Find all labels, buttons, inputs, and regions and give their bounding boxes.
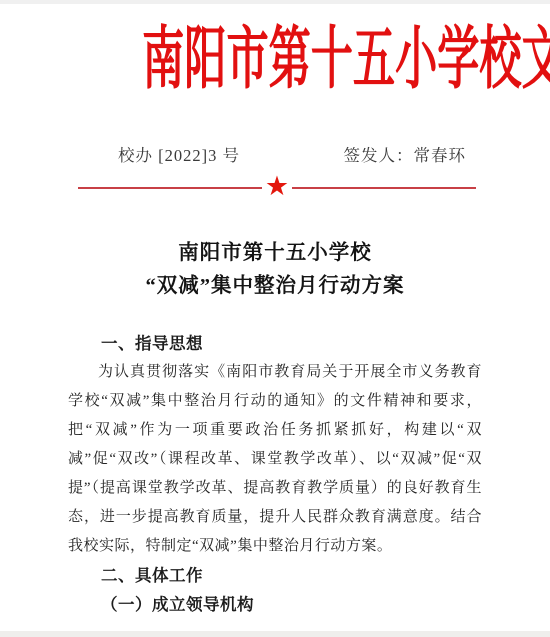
star-icon: ★ xyxy=(265,174,289,203)
rule-line-right xyxy=(292,187,476,189)
paragraph: 为认真贯彻落实《南阳市教育局关于开展全市义务教育学校“双减”集中整治月行动的通知… xyxy=(68,358,482,561)
doc-title-line-2: “双减”集中整治月行动方案 xyxy=(68,270,482,303)
issuer-name: 签发人：常春环 xyxy=(344,142,467,166)
section-heading-2: 二、具体工作 xyxy=(68,561,482,590)
doc-title: 南阳市第十五小学校 “双减”集中整治月行动方案 xyxy=(68,237,482,303)
document-body: 一、指导思想 为认真贯彻落实《南阳市教育局关于开展全市义务教育学校“双减”集中整… xyxy=(68,329,482,619)
doc-number: 校办 [2022]3 号 xyxy=(118,142,240,166)
section-heading-1: 一、指导思想 xyxy=(68,329,482,358)
page-top-edge xyxy=(0,0,550,4)
doc-info-row: 校办 [2022]3 号 签发人：常春环 xyxy=(118,142,466,166)
rule-line-left xyxy=(78,187,262,189)
red-header-title: 南阳市第十五小学校文件 xyxy=(142,24,550,95)
red-header: 南阳市第十五小学校文件 xyxy=(0,24,550,95)
subsection-heading: （一）成立领导机构 xyxy=(68,590,482,619)
document-page: 南阳市第十五小学校文件 校办 [2022]3 号 签发人：常春环 ★ 南阳市第十… xyxy=(0,0,550,637)
red-rule: ★ xyxy=(78,175,476,201)
page-bottom-edge xyxy=(0,631,550,637)
doc-title-line-1: 南阳市第十五小学校 xyxy=(68,237,482,270)
